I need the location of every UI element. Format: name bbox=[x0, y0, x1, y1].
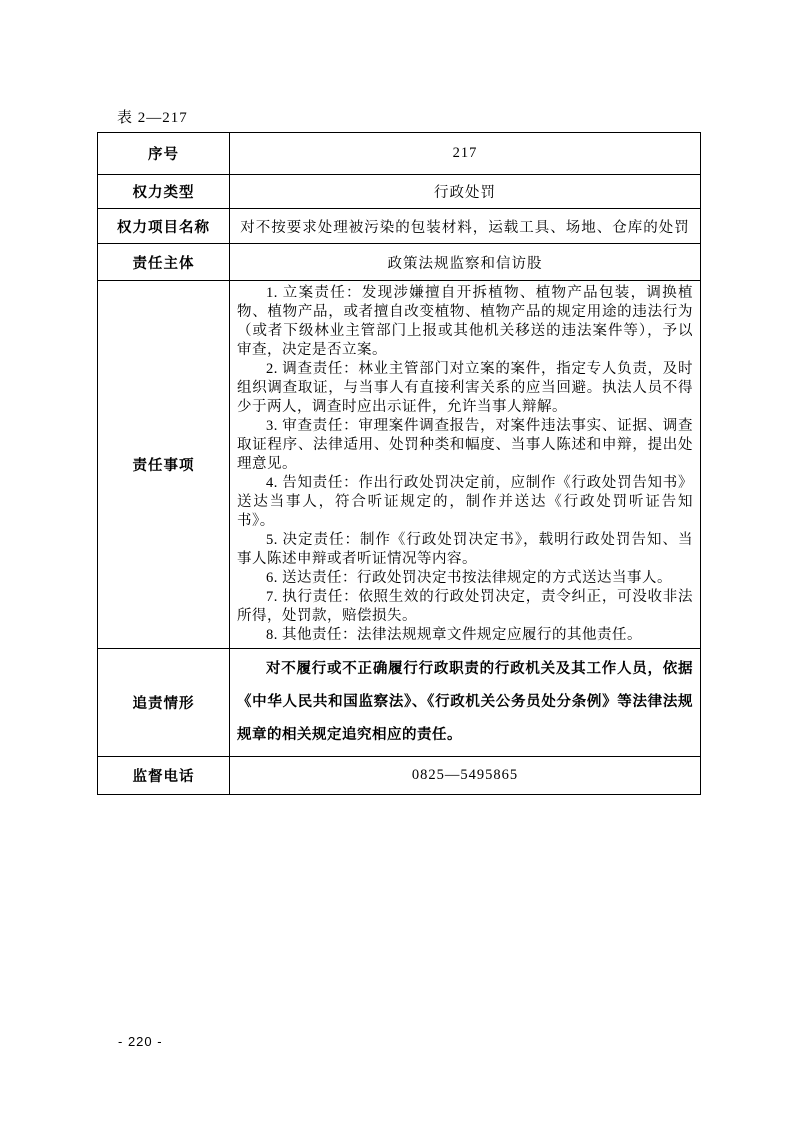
table-caption: 表 2—217 bbox=[117, 106, 188, 127]
row-label-responsible-body: 责任主体 bbox=[98, 244, 230, 281]
table-row-duty-items: 责任事项 1. 立案责任：发现涉嫌擅自开拆植物、植物产品包装，调换植物、植物产品… bbox=[98, 281, 701, 649]
row-label-supervision-phone: 监督电话 bbox=[98, 757, 230, 795]
duty-item-6: 6. 送达责任：行政处罚决定书按法律规定的方式送达当事人。 bbox=[237, 569, 693, 588]
table-row-supervision-phone: 监督电话 0825—5495865 bbox=[98, 757, 701, 795]
row-value-duty-items: 1. 立案责任：发现涉嫌擅自开拆植物、植物产品包装，调换植物、植物产品，或者擅自… bbox=[230, 281, 701, 649]
duty-item-4: 4. 告知责任：作出行政处罚决定前，应制作《行政处罚告知书》送达当事人，符合听证… bbox=[237, 474, 693, 531]
table-row-accountability: 追责情形 对不履行或不正确履行行政职责的行政机关及其工作人员，依据《中华人民共和… bbox=[98, 649, 701, 757]
row-value-serial-number: 217 bbox=[230, 133, 701, 175]
responsibility-table: 序号 217 权力类型 行政处罚 权力项目名称 对不按要求处理被污染的包装材料，… bbox=[97, 132, 701, 795]
duty-item-5: 5. 决定责任：制作《行政处罚决定书》，载明行政处罚告知、当事人陈述申辩或者听证… bbox=[237, 531, 693, 569]
document-page: 表 2—217 序号 217 权力类型 行政处罚 权力项目名称 对不按要求处理被… bbox=[0, 0, 793, 1122]
row-label-power-type: 权力类型 bbox=[98, 175, 230, 209]
row-label-duty-items: 责任事项 bbox=[98, 281, 230, 649]
table-row-serial-number: 序号 217 bbox=[98, 133, 701, 175]
row-label-serial-number: 序号 bbox=[98, 133, 230, 175]
duty-item-1: 1. 立案责任：发现涉嫌擅自开拆植物、植物产品包装，调换植物、植物产品，或者擅自… bbox=[237, 284, 693, 360]
table-row-power-type: 权力类型 行政处罚 bbox=[98, 175, 701, 209]
row-value-accountability: 对不履行或不正确履行行政职责的行政机关及其工作人员，依据《中华人民共和国监察法》… bbox=[230, 649, 701, 757]
duty-item-7: 7. 执行责任：依照生效的行政处罚决定，责令纠正，可没收非法所得，处罚款，赔偿损… bbox=[237, 588, 693, 626]
page-number: - 220 - bbox=[118, 1034, 163, 1049]
duty-item-8: 8. 其他责任：法律法规规章文件规定应履行的其他责任。 bbox=[237, 626, 693, 645]
table-row-responsible-body: 责任主体 政策法规监察和信访股 bbox=[98, 244, 701, 281]
row-value-supervision-phone: 0825—5495865 bbox=[230, 757, 701, 795]
duty-item-3: 3. 审查责任：审理案件调查报告，对案件违法事实、证据、调查取证程序、法律适用、… bbox=[237, 417, 693, 474]
row-value-power-type: 行政处罚 bbox=[230, 175, 701, 209]
row-label-power-item-name: 权力项目名称 bbox=[98, 209, 230, 244]
row-value-power-item-name: 对不按要求处理被污染的包装材料，运载工具、场地、仓库的处罚 bbox=[230, 209, 701, 244]
row-label-accountability: 追责情形 bbox=[98, 649, 230, 757]
table-row-power-item-name: 权力项目名称 对不按要求处理被污染的包装材料，运载工具、场地、仓库的处罚 bbox=[98, 209, 701, 244]
accountability-text: 对不履行或不正确履行行政职责的行政机关及其工作人员，依据《中华人民共和国监察法》… bbox=[237, 653, 693, 752]
row-value-responsible-body: 政策法规监察和信访股 bbox=[230, 244, 701, 281]
duty-item-2: 2. 调查责任：林业主管部门对立案的案件，指定专人负责，及时组织调查取证，与当事… bbox=[237, 360, 693, 417]
